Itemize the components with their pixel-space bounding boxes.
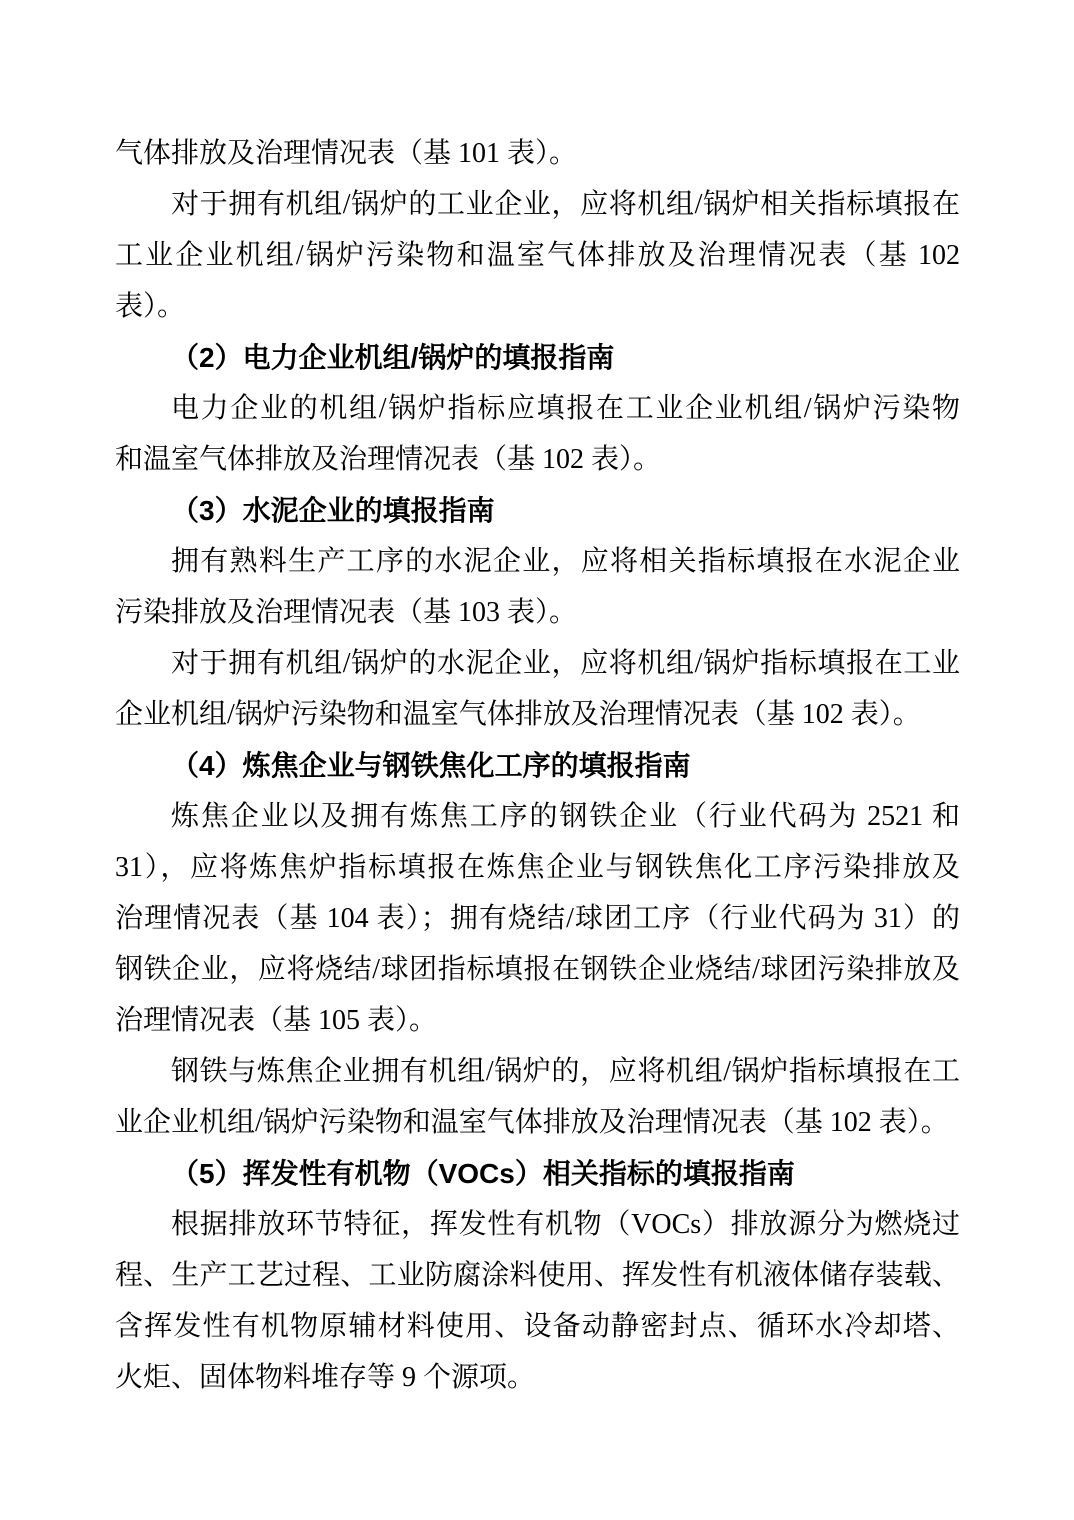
body-line: 表）。 xyxy=(115,281,960,332)
body-line: 程、生产工艺过程、工业防腐涂料使用、挥发性有机液体储存装载、 xyxy=(115,1250,960,1301)
body-line: 治理情况表（基 104 表）；拥有烧结/球团工序（行业代码为 31）的 xyxy=(115,893,960,944)
body-line: 火炬、固体物料堆存等 9 个源项。 xyxy=(115,1352,960,1403)
body-line: 根据排放环节特征，挥发性有机物（VOCs）排放源分为燃烧过 xyxy=(115,1199,960,1250)
body-line: 炼焦企业以及拥有炼焦工序的钢铁企业（行业代码为 2521 和 xyxy=(115,791,960,842)
body-line: 含挥发性有机物原辅材料使用、设备动静密封点、循环水冷却塔、 xyxy=(115,1301,960,1352)
body-line: 企业机组/锅炉污染物和温室气体排放及治理情况表（基 102 表）。 xyxy=(115,689,960,740)
body-line: 污染排放及治理情况表（基 103 表）。 xyxy=(115,587,960,638)
body-line: 对于拥有机组/锅炉的工业企业，应将机组/锅炉相关指标填报在 xyxy=(115,179,960,230)
body-line: 工业企业机组/锅炉污染物和温室气体排放及治理情况表（基 102 xyxy=(115,230,960,281)
body-line: 电力企业的机组/锅炉指标应填报在工业企业机组/锅炉污染物 xyxy=(115,383,960,434)
heading-line: （2）电力企业机组/锅炉的填报指南 xyxy=(115,332,960,383)
heading-line: （3）水泥企业的填报指南 xyxy=(115,485,960,536)
body-line: 业企业机组/锅炉污染物和温室气体排放及治理情况表（基 102 表）。 xyxy=(115,1097,960,1148)
body-line: 钢铁企业，应将烧结/球团指标填报在钢铁企业烧结/球团污染排放及 xyxy=(115,944,960,995)
heading-line: （4）炼焦企业与钢铁焦化工序的填报指南 xyxy=(115,740,960,791)
document-page: 气体排放及治理情况表（基 101 表）。对于拥有机组/锅炉的工业企业，应将机组/… xyxy=(115,128,960,1403)
body-line: 气体排放及治理情况表（基 101 表）。 xyxy=(115,128,960,179)
body-line: 拥有熟料生产工序的水泥企业，应将相关指标填报在水泥企业 xyxy=(115,536,960,587)
body-line: 治理情况表（基 105 表）。 xyxy=(115,995,960,1046)
body-line: 钢铁与炼焦企业拥有机组/锅炉的，应将机组/锅炉指标填报在工 xyxy=(115,1046,960,1097)
body-line: 对于拥有机组/锅炉的水泥企业，应将机组/锅炉指标填报在工业 xyxy=(115,638,960,689)
body-line: 和温室气体排放及治理情况表（基 102 表）。 xyxy=(115,434,960,485)
body-line: 31），应将炼焦炉指标填报在炼焦企业与钢铁焦化工序污染排放及 xyxy=(115,842,960,893)
heading-line: （5）挥发性有机物（VOCs）相关指标的填报指南 xyxy=(115,1148,960,1199)
